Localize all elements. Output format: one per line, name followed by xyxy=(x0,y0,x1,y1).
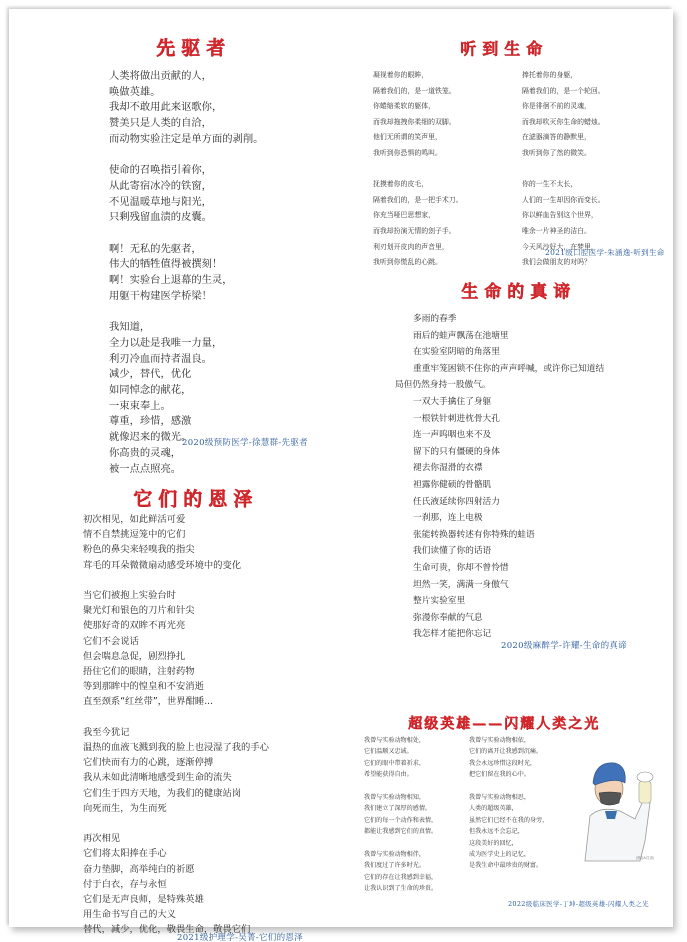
poem-line: 它们将太阳捧在手心 xyxy=(83,846,269,861)
poem-line: 茸毛的耳朵微微扇动感受环境中的变化 xyxy=(83,558,269,573)
poem-line: 我们读懂了你的话语 xyxy=(395,543,604,560)
poem-line: 隔着我们的，是一把手术刀。 xyxy=(373,193,463,209)
poem-line: 使那好奇的双眸不再光亮 xyxy=(83,618,269,633)
poem-line: 付于白衣，存与永恒 xyxy=(83,877,269,892)
poem-line: 连一声呜咽也来不及 xyxy=(395,427,604,444)
poem-line: 生命可贵，你却不曾怜惜 xyxy=(395,560,604,577)
poem-line: 只剩残留血渍的皮囊。 xyxy=(109,210,263,226)
poem-line: 唯余一片神圣的洁白。 xyxy=(522,224,605,240)
poem-line: 你高贵的灵魂， xyxy=(109,446,263,462)
poem-line: 隔着我们的，是一道铁笼。 xyxy=(373,84,463,100)
poem-line: 从此寄宿冰冷的铁窗， xyxy=(109,179,263,195)
poem-line: 一根铁针刺进枕骨大孔 xyxy=(395,411,604,428)
poem-line: 重重牢笼困锁不住你的声声呼喊，或许你已知道结 xyxy=(395,361,604,378)
poem-title-chaojiyingxiong: 超级英雄——闪耀人类之光 xyxy=(408,713,600,733)
poem-line: 多雨的春季 xyxy=(395,311,604,328)
poem-line: 你的一生不太长， xyxy=(522,177,605,193)
poem-line: 利刃划开皮肉的声音里， xyxy=(373,240,463,256)
poem-line: 留下的只有僵硬的身体 xyxy=(395,444,604,461)
poem-line: 我们建立了深厚的感情。 xyxy=(364,803,437,814)
poem-line: 袒露你健硕的骨骼肌 xyxy=(395,477,604,494)
poem-line: 它们生于四方天地，为我们的健康站岗 xyxy=(83,786,269,801)
poem-line: 把它们留在我的心中。 xyxy=(469,769,548,780)
poem-line: 它们的每一个动作和表情， xyxy=(364,815,437,826)
poem-line: 等到那眸中的惶皇和不安消逝 xyxy=(83,679,269,694)
poem-line: 雨后的蛙声飘荡在池塘里 xyxy=(395,328,604,345)
poem-line: 不见温暖草地与阳光， xyxy=(109,195,263,211)
poem-line xyxy=(373,162,463,178)
signature-xianquzhe: 2020级预防医学-徐慧群-先驱者 xyxy=(182,436,308,448)
poem-body-tingdaoshengming-left: 凝视着你的眼眸，隔着我们的，是一道铁笼。你蜷缩柔软的躯体，而我却拖拽你柔细的双脚… xyxy=(373,68,463,271)
poem-line xyxy=(109,305,263,321)
signature-chaojiyingxiong: 2022级临床医学-丁坤-超级英雄-闪耀人类之光 xyxy=(508,899,649,908)
poem-line: 你充当哑巴思想家， xyxy=(373,208,463,224)
poem-line: 它们温顺又忠诚。 xyxy=(364,746,437,757)
poem-line xyxy=(469,781,548,792)
poem-line: 我听到你慌乱的心跳。 xyxy=(373,255,463,271)
signature-shengmingdezhendi: 2020级麻醉学-许耀-生命的真谛 xyxy=(501,639,627,651)
poem-line: 而我却吹灭你生命的蜡烛。 xyxy=(522,115,605,131)
poem-line: 而我却扮演无情的刽子手。 xyxy=(373,224,463,240)
poem-line: 捧托着你的身躯， xyxy=(522,68,605,84)
poem-line: 而我却拖拽你柔细的双脚。 xyxy=(373,115,463,131)
poem-line: 我知道， xyxy=(109,320,263,336)
poem-line: 我曾与实验动物相处， xyxy=(364,735,437,746)
poem-line: 人们的一生却因你而变长。 xyxy=(522,193,605,209)
poem-line: 在实验室阴暗的角落里 xyxy=(395,344,604,361)
poem-line: 我曾与实验动物相知， xyxy=(364,792,437,803)
poem-line xyxy=(109,148,263,164)
poem-title-tingdaoshengming: 听到生命 xyxy=(460,36,548,59)
poem-body-chaojiyingxiong-left: 我曾与实验动物相处，它们温顺又忠诚。它们的眼中带着祈求，希望能获得自由。 我曾与… xyxy=(364,735,437,895)
poem-line: 虽然它们已经不在我的身旁， xyxy=(469,815,548,826)
poem-line xyxy=(109,226,263,242)
poem-line: 张能转换器转述有你特殊的蛙语 xyxy=(395,527,604,544)
poem-line: 坦然一笑，满满一身傲气 xyxy=(395,577,604,594)
poem-line: 一双大手擒住了身躯 xyxy=(395,394,604,411)
signature-tingdaoshengming: 2021级口腔医学-朱涵逸-听到生命 xyxy=(545,247,665,258)
poem-title-shengmingdezhendi: 生命的真谛 xyxy=(461,277,576,302)
poem-line: 任氏液延续你四射活力 xyxy=(395,494,604,511)
poem-line: 聚光灯和银色的刀片和针尖 xyxy=(83,603,269,618)
poetry-page: 先驱者 人类将做出贡献的人，唤做英雄。我却不敢用此来讴歌你，赞美只是人类的自洽，… xyxy=(9,9,673,927)
poem-line: 啊！无私的先驱者， xyxy=(109,242,263,258)
poem-line: 使命的召唤指引着你， xyxy=(109,163,263,179)
poem-line: 我曾与实验动物相思， xyxy=(469,792,548,803)
poem-line: 人类的超级英雄， xyxy=(469,803,548,814)
poem-line: 向死而生，为生而死 xyxy=(83,801,269,816)
poem-line: 抚摸着你的皮毛， xyxy=(373,177,463,193)
poem-line xyxy=(83,573,269,588)
poem-line: 温热的血液飞溅到我的脸上也浸湿了我的手心 xyxy=(83,740,269,755)
poem-title-tamendeenze: 它们的恩泽 xyxy=(133,484,258,511)
poem-body-tamendeenze: 初次相见，如此鲜活可爱情不自禁挑逗笼中的它们粉色的鼻尖来轻嗅我的指尖茸毛的耳朵微… xyxy=(83,512,269,938)
poem-line: 唤做英雄。 xyxy=(109,85,263,101)
poem-line: 我曾与实验动物相依， xyxy=(469,735,548,746)
poem-line: 我会永远珍惜这段时光， xyxy=(469,758,548,769)
poem-title-xianquzhe: 先驱者 xyxy=(156,33,231,60)
poem-line: 啊！实验台上退幕的生灵， xyxy=(109,273,263,289)
poem-line: 我听到你了然的微笑。 xyxy=(522,146,605,162)
poem-line: 被一点点照亮。 xyxy=(109,462,263,478)
poem-line: 成为医学史上的记忆， xyxy=(469,849,548,860)
poem-line: 我们度过了许多时光。 xyxy=(364,860,437,871)
poem-line: 我曾与实验动物相伴， xyxy=(364,849,437,860)
poem-line: 让我认识到了生命的珍贵。 xyxy=(364,883,437,894)
poem-body-chaojiyingxiong-right: 我曾与实验动物相依，它们的离开让我感到沉痛。我会永远珍惜这段时光，把它们留在我的… xyxy=(469,735,548,872)
poem-line xyxy=(364,781,437,792)
poem-line xyxy=(83,710,269,725)
poem-line: 你蜷缩柔软的躯体， xyxy=(373,99,463,115)
poem-line: 尊重，珍惜，感激 xyxy=(109,414,263,430)
poem-line: 隔着我们的，是一个轮回。 xyxy=(522,84,605,100)
poem-line: 但我永远不会忘记， xyxy=(469,826,548,837)
doctor-illustration-icon: (图由AI生成) xyxy=(565,741,680,871)
poem-line: 我至今犹记 xyxy=(83,725,269,740)
poem-line: 赞美只是人类的自洽， xyxy=(109,116,263,132)
poem-line: 我从未如此清晰地感受到生命的流失 xyxy=(83,770,269,785)
poem-line: 伟大的牺牲值得被撰刻！ xyxy=(109,257,263,273)
poem-line: 褪去你湿滑的衣襟 xyxy=(395,460,604,477)
poem-line: 直至颈系“红丝带”，世界酣睡... xyxy=(83,694,269,709)
signature-tamendeenze: 2021级护理学-吴菁-它们的恩泽 xyxy=(177,931,303,942)
poem-line: 它们的眼中带着祈求， xyxy=(364,758,437,769)
poem-line: 利刃冷血而持者温良。 xyxy=(109,352,263,368)
poem-line: 捂住它们的眼睛，注射药物 xyxy=(83,664,269,679)
poem-line: 我听到你恐惧的鸣叫。 xyxy=(373,146,463,162)
poem-line xyxy=(522,162,605,178)
poem-line: 用躯干构建医学桥梁！ xyxy=(109,289,263,305)
poem-line: 粉色的鼻尖来轻嗅我的指尖 xyxy=(83,542,269,557)
poem-line xyxy=(364,838,437,849)
poem-line: 如同悼念的献花， xyxy=(109,383,263,399)
poem-line: 你是徘徊不前的灵魂， xyxy=(522,99,605,115)
poem-line: 但会喘息急促，剧烈挣扎 xyxy=(83,649,269,664)
poem-line: 他们无所谓的笑声里， xyxy=(373,130,463,146)
poem-line: 它们快而有力的心跳，逐渐停搏 xyxy=(83,755,269,770)
poem-line: 减少，替代，优化 xyxy=(109,367,263,383)
poem-line: 这段美好的回忆， xyxy=(469,838,548,849)
poem-line: 都能让我感到它们的真情。 xyxy=(364,826,437,837)
poem-line: 它们的离开让我感到沉痛。 xyxy=(469,746,548,757)
poem-line: 弥漫你奉献的气息 xyxy=(395,610,604,627)
poem-line: 局但仍然身持一股傲气。 xyxy=(395,377,604,394)
poem-line: 它们是无声良师，是特殊英雄 xyxy=(83,892,269,907)
poem-body-tingdaoshengming-right: 捧托着你的身躯，隔着我们的，是一个轮回。你是徘徊不前的灵魂，而我却吹灭你生命的蜡… xyxy=(522,68,605,271)
poem-line: 初次相见，如此鲜活可爱 xyxy=(83,512,269,527)
poem-line: 是我生命中最珍贵的财富。 xyxy=(469,860,548,871)
poem-line: 我却不敢用此来讴歌你， xyxy=(109,100,263,116)
poem-line: 一刹那，连上电极 xyxy=(395,510,604,527)
poem-line: 希望能获得自由。 xyxy=(364,769,437,780)
poem-line: 一束束奉上。 xyxy=(109,399,263,415)
poem-line: 奋力垫脚，高举纯白的祈愿 xyxy=(83,862,269,877)
poem-line: 整片实验室里 xyxy=(395,593,604,610)
poem-line: 它们的存在让我感到幸福， xyxy=(364,872,437,883)
poem-line: 在滤器滴答的静默里， xyxy=(522,130,605,146)
svg-text:(图由AI生成): (图由AI生成) xyxy=(636,855,654,860)
poem-line xyxy=(83,816,269,831)
poem-line: 情不自禁挑逗笼中的它们 xyxy=(83,527,269,542)
poem-body-xianquzhe: 人类将做出贡献的人，唤做英雄。我却不敢用此来讴歌你，赞美只是人类的自洽，而动物实… xyxy=(109,69,263,477)
poem-line: 你以鲜血告别这个世界， xyxy=(522,208,605,224)
poem-body-shengmingdezhendi: 多雨的春季雨后的蛙声飘荡在池塘里在实验室阴暗的角落里重重牢笼困锁不住你的声声呼喊… xyxy=(395,311,604,643)
poem-line: 而动物实验注定是单方面的剥削。 xyxy=(109,132,263,148)
poem-line: 当它们被抱上实验台时 xyxy=(83,588,269,603)
poem-line: 用生命书写自己的大义 xyxy=(83,907,269,922)
poem-line: 再次相见 xyxy=(83,831,269,846)
poem-line: 它们不会说话 xyxy=(83,634,269,649)
poem-line: 凝视着你的眼眸， xyxy=(373,68,463,84)
poem-line: 全力以赴是我唯一力量， xyxy=(109,336,263,352)
poem-line: 人类将做出贡献的人， xyxy=(109,69,263,85)
